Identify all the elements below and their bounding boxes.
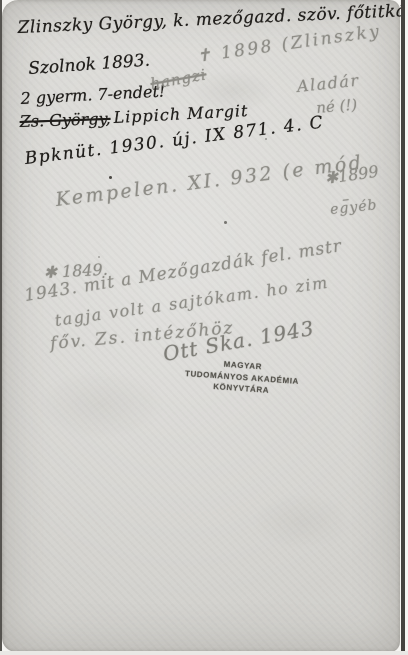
scanned-card-photo: Zlinszky György, k. mezőgazd. szöv. főti… (0, 0, 408, 655)
hw-star-1899: ✱1899 (324, 164, 380, 187)
hw-small-pencil-word: egyéb (330, 198, 379, 217)
ink-speck (98, 256, 100, 258)
hw-kempelen-reference: Kempelen. XI. 932 (e mód (55, 153, 365, 210)
hw-aladar-pencil: Aladár (296, 73, 360, 95)
ink-speck (265, 138, 267, 140)
ink-speck (109, 176, 112, 179)
library-stamp: MAGYAR TUDOMÁNYOS AKADÉMIA KÖNYVTÁRA (173, 355, 311, 399)
photo-left-edge (0, 0, 2, 655)
photo-bottom-edge (0, 651, 408, 655)
hw-struck-name: Zs. György, (19, 111, 110, 130)
photo-right-edge (401, 0, 405, 655)
hw-death-note-pencil: ✝ 1898 (Zlinszky (196, 23, 383, 66)
ink-speck (224, 221, 227, 224)
note-card-paper: Zlinszky György, k. mezőgazd. szöv. főti… (2, 0, 400, 652)
hw-place-year-line: Szolnok 1893. (28, 53, 151, 78)
hw-margit-name: Lippich Margit (113, 103, 249, 126)
hw-struck-pencil-word: hangzi (149, 67, 207, 92)
hw-children-line: 2 gyerm. 7-endet! (20, 83, 166, 107)
